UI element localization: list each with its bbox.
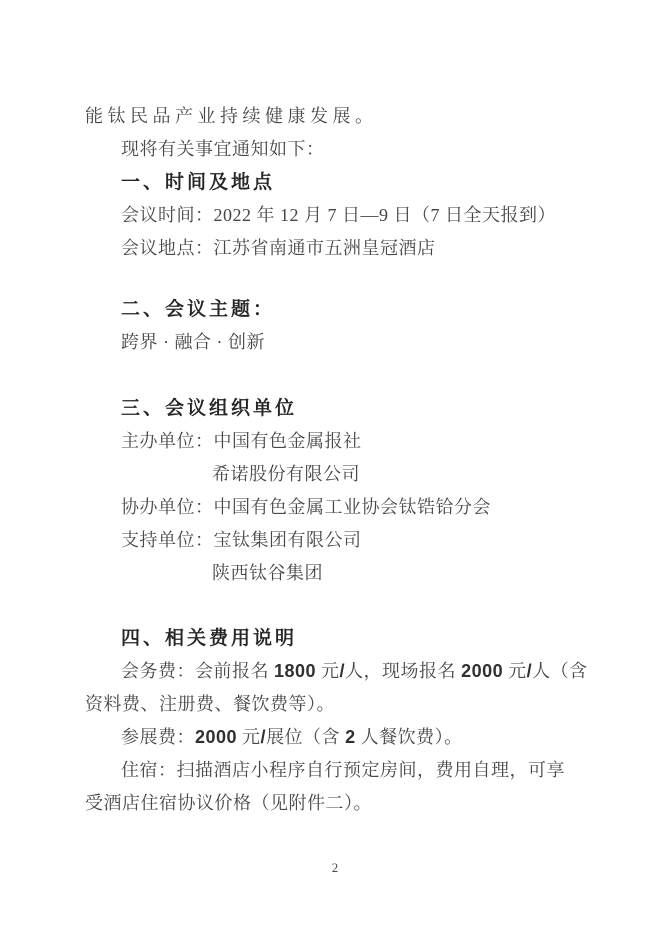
notice-line: 现将有关事宜通知如下： bbox=[85, 133, 585, 166]
conference-fee-text-5: 人（含 bbox=[532, 661, 588, 681]
section2-heading: 二、会议主题： bbox=[85, 293, 585, 326]
section4-heading: 四、相关费用说明 bbox=[85, 622, 585, 655]
accommodation-line-1: 住宿：扫描酒店小程序自行预定房间，费用自理，可享 bbox=[85, 754, 585, 787]
conference-fee-line: 会务费：会前报名 1800 元/人，现场报名 2000 元/人（含 bbox=[85, 655, 585, 688]
conference-fee-text-3: 人，现场报名 bbox=[345, 661, 461, 681]
document-page: 能钛民品产业持续健康发展。 现将有关事宜通知如下： 一、时间及地点 会议时间：2… bbox=[0, 0, 660, 929]
exhibition-fee-price: 2000 bbox=[195, 727, 237, 747]
meeting-location-line: 会议地点：江苏省南通市五洲皇冠酒店 bbox=[85, 232, 585, 265]
section1-heading: 一、时间及地点 bbox=[85, 166, 585, 199]
conference-fee-wrap-line: 资料费、注册费、餐饮费等）。 bbox=[85, 688, 585, 721]
conference-fee-price-onsite: 2000 bbox=[461, 661, 503, 681]
page-number: 2 bbox=[85, 858, 585, 878]
co-organizer-line: 协办单位：中国有色金属工业协会钛锆铪分会 bbox=[85, 491, 585, 524]
conference-fee-text-2: 元 bbox=[316, 661, 340, 681]
exhibition-fee-text-3: 展位（含 bbox=[266, 727, 345, 747]
conference-fee-text-1: 会务费：会前报名 bbox=[121, 661, 274, 681]
accommodation-line-2: 受酒店住宿协议价格（见附件二）。 bbox=[85, 787, 585, 820]
conference-fee-price-early: 1800 bbox=[274, 661, 316, 681]
organizer-line: 主办单位：中国有色金属报社 bbox=[85, 425, 585, 458]
document-body: 能钛民品产业持续健康发展。 现将有关事宜通知如下： 一、时间及地点 会议时间：2… bbox=[0, 0, 660, 878]
exhibition-fee-person-count: 2 bbox=[345, 727, 356, 747]
intro-continuation-line: 能钛民品产业持续健康发展。 bbox=[85, 100, 585, 133]
theme-line: 跨界 · 融合 · 创新 bbox=[85, 326, 585, 359]
exhibition-fee-text-2: 元 bbox=[237, 727, 261, 747]
exhibition-fee-text-4: 人餐饮费）。 bbox=[356, 727, 463, 747]
exhibition-fee-line: 参展费：2000 元/展位（含 2 人餐饮费）。 bbox=[85, 721, 585, 754]
section3-heading: 三、会议组织单位 bbox=[85, 392, 585, 425]
organizer-line-2: 希诺股份有限公司 bbox=[85, 458, 585, 491]
conference-fee-text-4: 元 bbox=[503, 661, 527, 681]
exhibition-fee-text-1: 参展费： bbox=[121, 727, 195, 747]
supporter-line-2: 陕西钛谷集团 bbox=[85, 557, 585, 590]
meeting-time-line: 会议时间：2022 年 12 月 7 日—9 日（7 日全天报到） bbox=[85, 199, 585, 232]
supporter-line: 支持单位：宝钛集团有限公司 bbox=[85, 524, 585, 557]
